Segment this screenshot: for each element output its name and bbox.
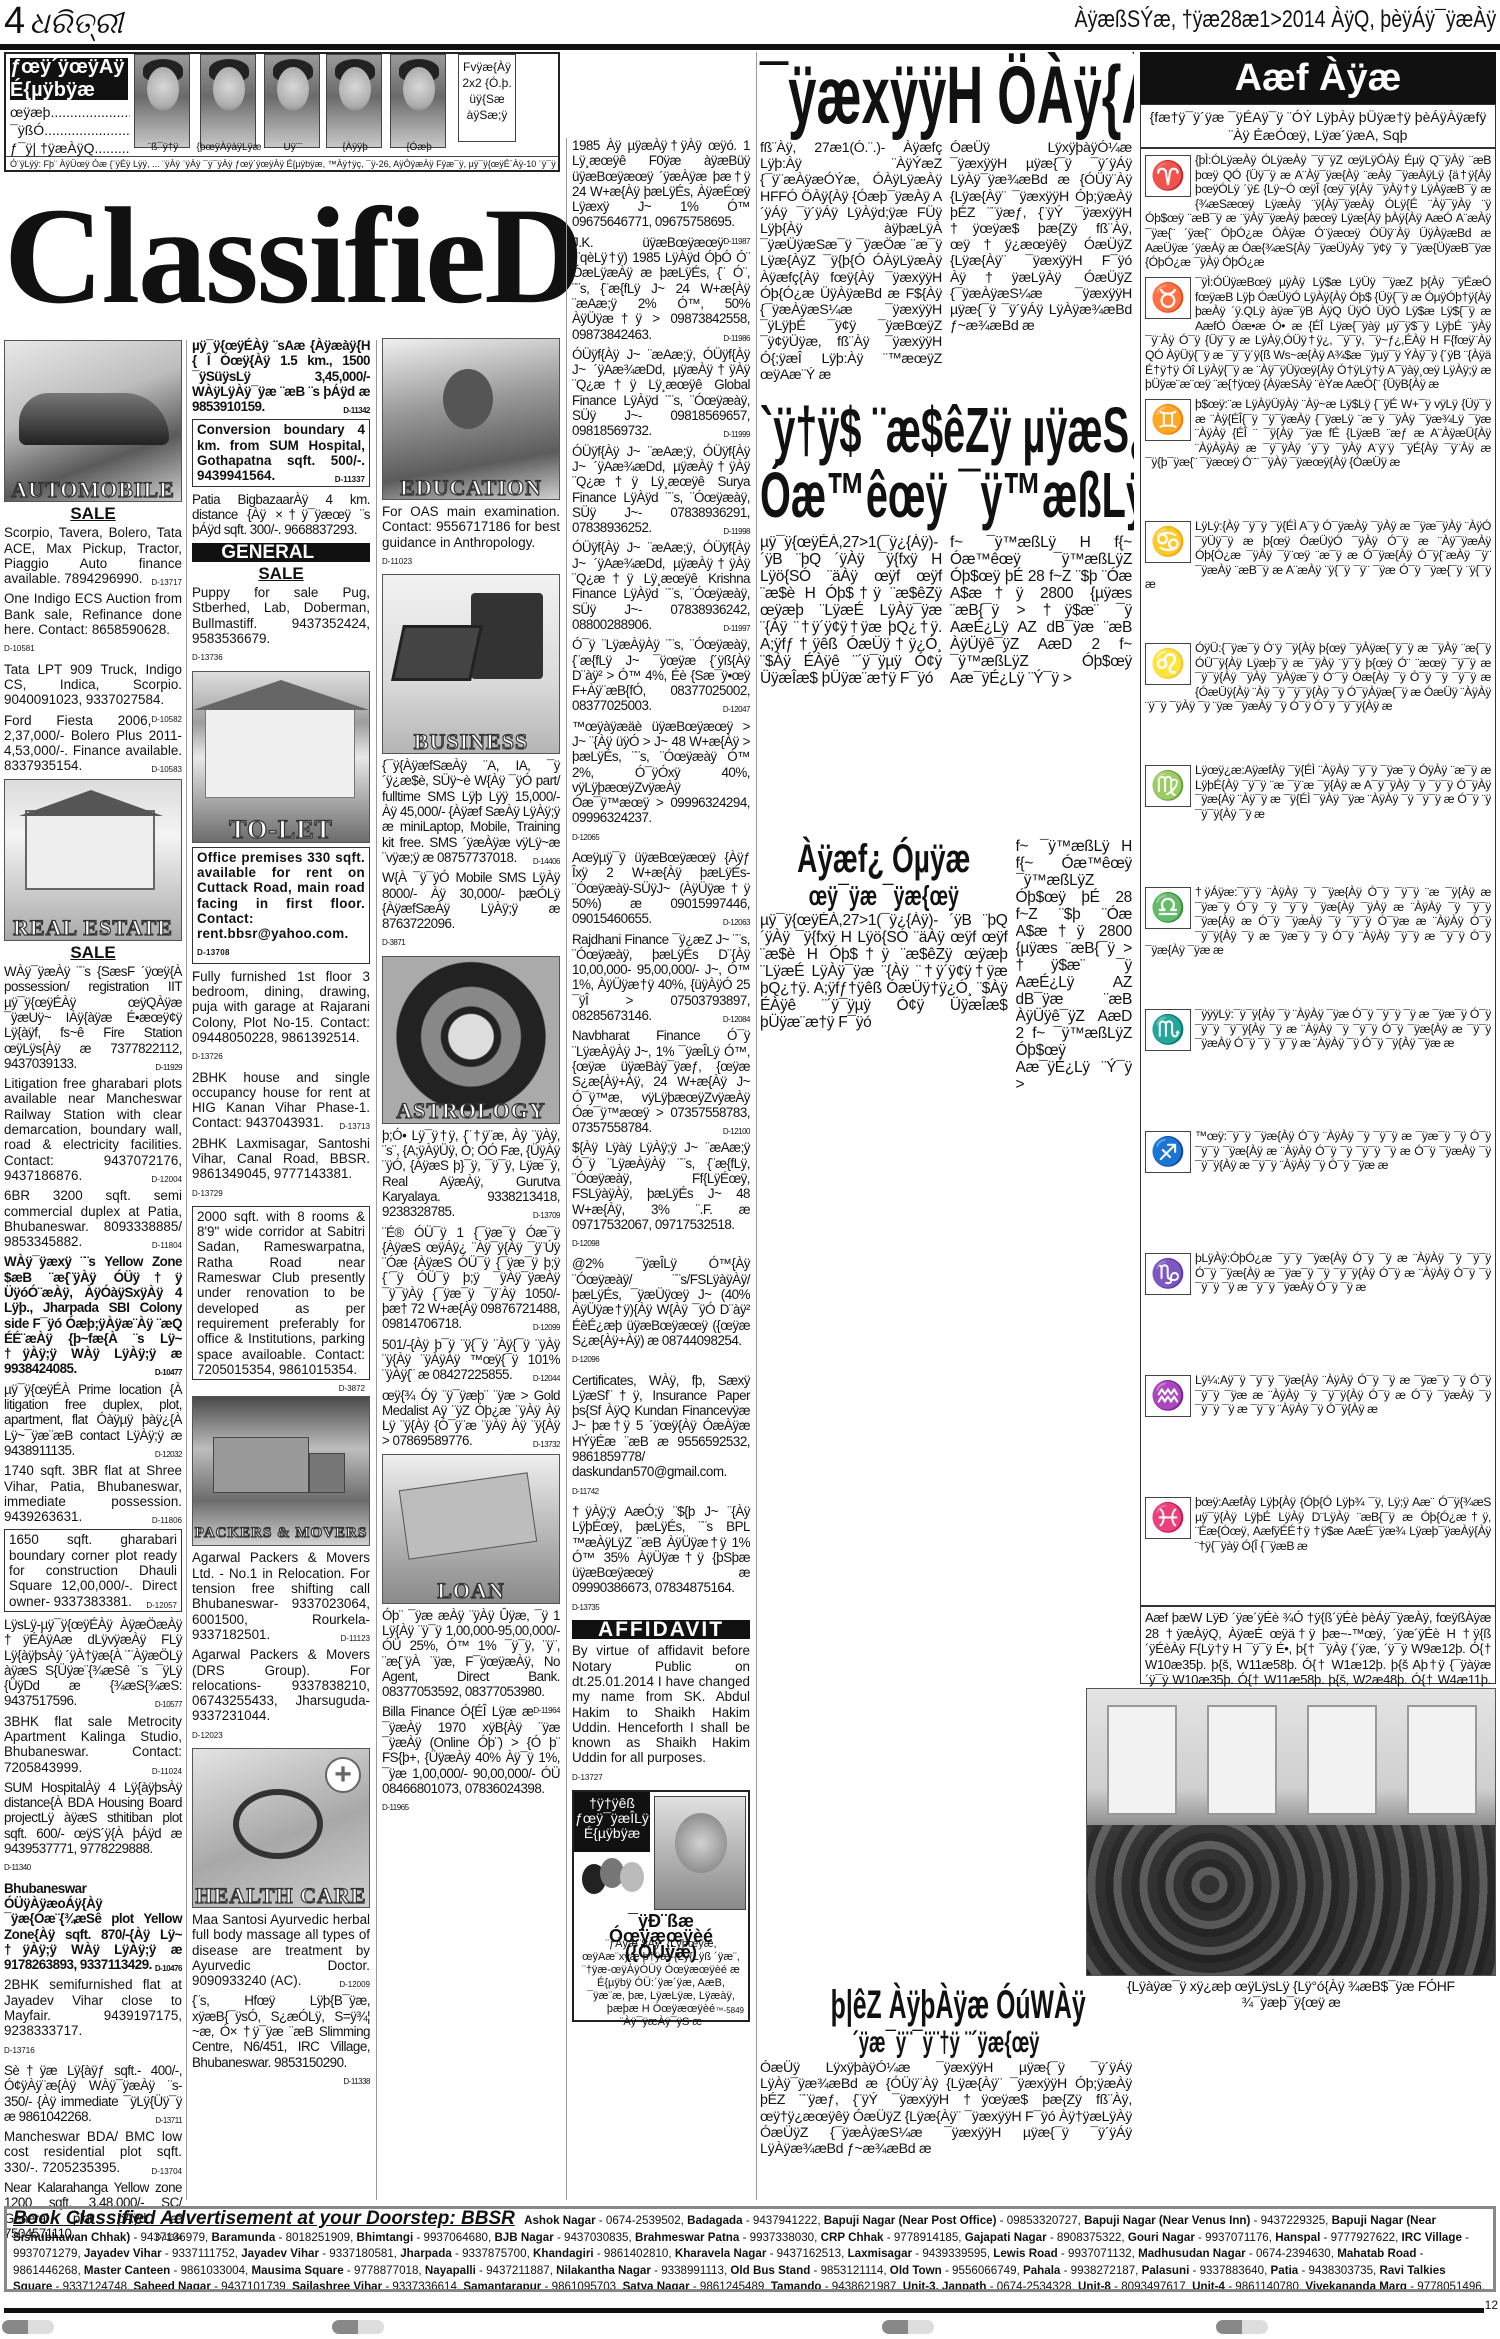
classified-ad: þ;Ó• Lÿ¯ÿ†ÿ, {¨†ÿ¨æ, Àÿ ¨ÿÀÿ, ¨s¨, {A;ÿÀ… [382, 1128, 560, 1220]
horoscope-sign: ♊þ$œÿ:¨æ LÿÀÿÜÿÀÿ ¨Àÿ~æ Lÿ$Lÿ {¯ÿÉ W+¯ÿ … [1145, 397, 1491, 517]
classified-ad: Navbharat Finance Ó¯ÿ ¨LÿæÀÿÀÿ J~, 1% ¯ÿ… [572, 1028, 750, 1135]
bottom-rule [4, 2308, 1484, 2313]
classified-ad: Agarwal Packers & Movers Ltd. - No.1 in … [192, 1550, 370, 1642]
lead-article-body: fß¨Àÿ, 27æ1(Ó.¨.)- Àÿæfç Lÿþ:Àÿ ¨ÀÿÝæZ {… [758, 140, 1134, 392]
health-care-category-image: + HEALTH CARE [192, 1748, 370, 1908]
classified-ad: Bhubaneswar ÓÜÿÀÿæoÁÿ{Àÿ ¯ÿæ{Óæ¨{¾æSê pl… [4, 1881, 182, 1973]
classified-ad: Tata LPT 909 Truck, Indigo CS, Indica, S… [4, 662, 182, 708]
agent-entry: Lewis Road - 9937071132, [993, 2247, 1138, 2260]
section-brand: ଧରିତ୍ରୀ [29, 7, 123, 40]
agent-entry: Brahmeswar Patna - 9937338030, [635, 2231, 821, 2244]
cancer-icon: ♋ [1145, 521, 1191, 563]
agent-entry: Baramunda - 8018251909, [211, 2231, 356, 2244]
horoscope-sign: ♍Lÿœÿ¿æ:AÿæfÀÿ ¯ÿ{ÉÌ ¨ÀÿÀÿ ¯ÿ¯ÿ ¯ÿæ¯ÿ Óÿ… [1145, 763, 1491, 883]
article-paragraph: µÿ¯ÿ{œÿÉÀ,27>1(¯ÿ¿{Àÿ)- ´ÿB ¨þQ ´ÿÀÿ ¯ÿ{… [760, 912, 1008, 1982]
classified-ad: 2BHK house and single occupancy house fo… [192, 1070, 370, 1131]
astrology-category-image: ASTROLOGY [382, 956, 560, 1124]
lead-headline: ¯ÿæxÿÿH ÖÀÿ{Àÿ A´ÿÁÿ¯ÿ´ÿÁÿ [760, 52, 1132, 140]
top-rule [0, 44, 1500, 50]
sub-headline: Àÿæf¿ Óµÿæ [797, 838, 970, 880]
real-estate-category-image: REAL ESTATE [4, 779, 182, 941]
classified-ad: 2BHK Laxmisagar, Santoshi Vihar, Canal R… [192, 1136, 370, 1201]
briefcase-icon [471, 593, 543, 679]
classified-ad: Maa Santosi Ayurvedic herbal full body m… [192, 1912, 370, 1988]
aquarius-icon: ♒ [1145, 1375, 1191, 1417]
loan-category-image: LOAN [382, 1454, 560, 1604]
agent-entry: Old Bus Stand - 9853121114, [730, 2264, 889, 2277]
business-category-image: BUSINESS [382, 574, 560, 754]
section-heading-sale: SALE [4, 945, 182, 960]
sub-article-left: Àÿæf¿ Óµÿæ œÿ¯ÿæ ¯ÿæ{œÿ µÿ¯ÿ{œÿÉÀ,27>1(¯… [760, 838, 1008, 1988]
agent-entry: CRP Chhak - 9778914185, [821, 2231, 965, 2244]
agent-entry: Samantarapur - 9861095703, [463, 2280, 622, 2292]
horoscope-sign: ♓þœÿ:AæfÀÿ Lÿþ{Àÿ {Óþ{Ó Lÿþ¾ ¯ÿ, Lÿ;ÿ Aæ… [1145, 1495, 1491, 1605]
classified-ad: Billa Finance Ó{ÉÎ Lÿæ æ ¯ÿæÀÿ 1970 xÿB{… [382, 1704, 560, 1815]
classified-ad: WÀÿ¯ÿæÀÿ ¨¨s {SæsF ´ÿœÿ{À possession/ re… [4, 964, 182, 1071]
classified-column-1: AUTOMOBILE SALE Scorpio, Tavera, Bolero,… [4, 340, 182, 2246]
agent-entry: Jayadev Vihar - 9337111752, [84, 2247, 241, 2260]
agent-entry: Unit-4 - 9861140780, [1192, 2280, 1305, 2292]
classified-column-2: µÿ¯ÿ{œÿÉÀÿ ¨sAæ {Àÿæàÿ{H { Î Óœÿ{Àÿ 1.5 … [192, 338, 370, 2089]
second-headline-line2: Óæ™êœÿ ¯ÿ™æßLÿZÿ Üÿæ†ÿ{Àÿ [760, 462, 1132, 528]
horoscope-sign: ♉¯ÿÌ:ÓÜÿæBœÿ µÿÀÿ Lÿ$æ LÿÜÿ ¯ÿæZ þ{Àÿ ¯ÿ… [1145, 275, 1491, 395]
classified-ad: {¯ÿ{ÀÿæfSæÀÿ ¨A, IA, ¯ÿ´ÿ¿æ$è, SÜÿ~è W{À… [382, 758, 560, 865]
student-icon [443, 369, 493, 429]
classified-ad: J.K. üÿæBœÿæœÿ (¨qèLÿ†ÿ) 1985 LÿÀÿd ÓþÓ … [572, 235, 750, 342]
gemini-icon: ♊ [1145, 399, 1191, 441]
notice-field-name: œÿæþ............................ [10, 104, 130, 120]
category-label: EDUCATION [383, 480, 559, 495]
classified-ad: 501/-{Àÿ þ¯ÿ ¨ÿ{¯ÿ ¨Àÿ{¯ÿ ¨ÿÀÿ ¨ÿ{Àÿ ¨ÿÀ… [382, 1337, 560, 1383]
agent-entry: Bapuji Nagar (Near Venus Inn) - 94372293… [1084, 2214, 1331, 2227]
classified-ad: Óþ¨ ¯ÿæ æÀÿ ¨ÿÀÿ Ûÿæ, ¯ÿ 1 Lÿ{Àÿ ¨ÿ¯ÿ 1,… [382, 1608, 560, 1700]
category-label: PACKERS & MOVERS [193, 1526, 369, 1541]
book-classified-strip: Book Classified Advertisement at your Do… [4, 2206, 1496, 2292]
category-label: TO-LET [193, 822, 369, 837]
article-paragraph: µÿ¯ÿ{œÿÉÀ,27>1(¯ÿ¿{Àÿ)- ´ÿB ¨þQ ´ÿÀÿ ¯ÿ{… [760, 534, 942, 834]
horoscope-sign: ♌ÓÿÜ:{¯ÿæ¯ÿ Ó¨ÿ ¯ÿ{Àÿ þ{œÿ ¯ÿÀÿæ{¯ÿ¯ÿ æ … [1145, 641, 1491, 761]
agent-entry: Vivekananda Marg - 9778051496, [1305, 2280, 1485, 2292]
category-label: REAL ESTATE [5, 920, 181, 935]
agent-entry: Madhusudan Nagar - 0674-2394630, [1138, 2247, 1337, 2260]
horoscope-sign: ♈{þÌ:ÓLÿæÀÿ ÓLÿæÀÿ ¯ÿ¯ÿZ œÿLÿÓÀÿ Éµÿ Q¯ÿ… [1145, 153, 1491, 273]
almanac-footer: Aæf þæW LÿÐ ´ÿæ´ÿÉè ¾Ó †ÿ{ß´ÿÉè þèÁÿ¯ÿæÀ… [1140, 1606, 1496, 1684]
registration-mark [2, 2320, 54, 2334]
news-area: ¯ÿæxÿÿH ÖÀÿ{Àÿ A´ÿÁÿ¯ÿ´ÿÁÿ fß¨Àÿ, 27æ1(Ó… [758, 52, 1134, 2202]
classified-ad: Sè†ÿæ Lÿ{àÿƒ sqft.- 400/-, Ó¢ÿÀÿ¨æ{Àÿ WÀ… [4, 2063, 182, 2124]
agent-entry: Palasuni - 9337883640, [1142, 2264, 1271, 2277]
article-paragraph: fß¨Àÿ, 27æ1(Ó.¨.)- Àÿæfç Lÿþ:Àÿ ¨ÀÿÝæZ {… [760, 140, 942, 392]
lower-headline-1: þ|êZ ÀÿþÀÿæ ÓúWÀÿ [831, 1984, 1062, 2026]
agent-entry: Sailashree Vihar - 9337336614, [292, 2280, 463, 2292]
classified-ad: Rajdhani Finance ¯ÿ¿æZ J~ ¨¨s, ¨Óœÿæàÿ, … [572, 932, 750, 1024]
pisces-icon: ♓ [1145, 1497, 1191, 1539]
classified-ad: LÿsLÿ-µÿ¯ÿ{œÿÉÀÿ ÀÿæÖæÀÿ †ÿÉÀÿAæ dLÿvÿæÀ… [4, 1617, 182, 1709]
classified-ad: Fully furnished 1st floor 3 bedroom, din… [192, 969, 370, 1065]
agent-entry: Saheed Nagar - 9437101739, [134, 2280, 293, 2292]
classified-ad: Patia BigbazaarÀÿ 4 km. distance {Àÿ ×†ÿ… [192, 492, 370, 538]
photo-notice-box: ƒœÿ´ÿœÿÀÿ É{µÿbÿæ œÿæþ..................… [4, 52, 560, 172]
agent-entry: Tamando - 9438621987, [771, 2280, 903, 2292]
section-heading-sale: SALE [4, 506, 182, 521]
leo-icon: ♌ [1145, 643, 1191, 685]
photo-caption: {Àÿÿþ [320, 142, 390, 153]
classified-ad: 6BR 3200 sqft. semi commercial duplex at… [4, 1188, 182, 1249]
article-columns: Àÿæf¿ Óµÿæ œÿ¯ÿæ ¯ÿæ{œÿ µÿ¯ÿ{œÿÉÀ,27>1(¯… [758, 838, 1134, 1988]
lower-article: þ|êZ ÀÿþÀÿæ ÓúWÀÿ ´ÿæ¯ÿ¨¯ÿ¨†ÿ ¨´ÿæ{œÿ Óæ… [760, 1984, 1132, 2192]
classified-ad: SUM HospitalÀÿ 4 Lÿ{àÿþsÀÿ distance{À BD… [4, 1780, 182, 1876]
building-icon [205, 706, 355, 798]
balloon-icon [620, 1862, 644, 1892]
agent-entry: Ashok Nagar - 0674-2539502, [524, 2214, 687, 2227]
classified-ad: 1740 sqft. 3BR flat at Shree Vihar, Pati… [4, 1463, 182, 1524]
notice-field-date: ƒ¯ÿ| †ÿæÀÿQ....................... [10, 140, 130, 156]
classified-ad: ÓÜÿf{Àÿ J~ ¨æAæ;ÿ, ÓÜÿf{Àÿ J~ ´ÿAæ¾æDd, … [572, 347, 750, 439]
agent-entry: Unit-3, Janpath - 0674-2534328, [903, 2280, 1078, 2292]
virgo-icon: ♍ [1145, 765, 1191, 807]
photo-caption: {Óæþ [384, 142, 454, 153]
classified-ad: Litigation free gharabari plots availabl… [4, 1076, 182, 1183]
classified-ad-boxed: Conversion boundary 4 km. from SUM Hospi… [192, 419, 370, 486]
birthday-title: †ÿ†ÿêß ƒœÿ¯ÿæÎLÿ É{µÿbÿæ [574, 1792, 650, 1852]
news-photo [1086, 1688, 1496, 1976]
section-heading-sale: SALE [192, 566, 370, 581]
classified-ad: Aœÿµÿ¯ÿ üÿæBœÿæœÿ {Àÿƒ Îxÿ 2 W+æ{Àÿ þæLÿ… [572, 850, 750, 926]
agent-entry: Nayapalli - 9437211887, [425, 2264, 556, 2277]
sagittarius-icon: ♐ [1145, 1131, 1191, 1173]
laptop-icon [391, 625, 483, 681]
horoscope-body: ♈{þÌ:ÓLÿæÀÿ ÓLÿæÀÿ ¯ÿ¯ÿZ œÿLÿÓÀÿ Éµÿ Q¯ÿ… [1140, 148, 1496, 1606]
currency-icon [399, 1472, 537, 1559]
column-rule [756, 52, 757, 2200]
libra-icon: ♎ [1145, 887, 1191, 929]
horoscope-sign: ♎†ÿÁÿæ:¯ÿ¯ÿ ¨ÀÿÀÿ ¯ÿ ¯ÿæ{Àÿ Ó¯ÿ ¯ÿ¯ÿ ¨æ … [1145, 885, 1491, 1005]
classified-ad: 2BHK semifurnished flat at Jayadev Vihar… [4, 1977, 182, 2057]
agent-entry: Pahala - 9938272187, [1023, 2264, 1142, 2277]
classified-ad: ÓÜÿf{Àÿ J~ ¨æAæ;ÿ, ÓÜÿf{Àÿ J~ ´ÿAæ¾æDd, … [572, 444, 750, 536]
classified-ad: ¨É® ÓÜ¯ÿ 1 {¯ÿæ¯ÿ Óæ¯ÿ {ÀÿæS œÿÁÿ¿ ¨Àÿ¯ÿ… [382, 1225, 560, 1332]
agent-entry: Gouri Nagar - 9937071176, [1128, 2231, 1275, 2244]
education-category-image: EDUCATION [382, 338, 560, 500]
classified-ad: WÀÿ¯ÿæxÿ ¨¨s Yellow Zone $æB ¨æ{¨ÿÀÿ ÓÜÿ… [4, 1254, 182, 1376]
registration-mark [1216, 2320, 1268, 2334]
agent-entry: Jharpada - 9337875700, [400, 2247, 533, 2260]
agent-entry: Bhimtangi - 9937064680, [357, 2231, 495, 2244]
photo-size-note: Fvÿæ{Àÿ 2x2 {Ó.þ. üÿ{Sæ àÿSæ;ÿ [458, 54, 516, 142]
capricorn-icon: ♑ [1145, 1253, 1191, 1295]
horoscope-sign: ♋LÿLÿ:{Àÿ ¯ÿ¯ÿ ¯ÿ{ÉÌ A¯ÿ Ó¯ÿæÀÿ ¯ÿÀÿ æ ¯… [1145, 519, 1491, 639]
horoscope-title: Aæf Àÿæ Àÿæ{Éüÿ¯ÿæ [1140, 52, 1496, 104]
classified-ad: Puppy for sale Pug, Stberhed, Lab, Dober… [192, 585, 370, 665]
photo-caption: Uÿ¨¨ [258, 142, 328, 153]
agent-entry: Khandagiri - 9861402810, [533, 2247, 675, 2260]
agent-entry: Laxmisagar - 9439339595, [848, 2247, 994, 2260]
book-classified-lead: Book Classified Advertisement at your Do… [13, 2208, 515, 2229]
portrait-photo [134, 54, 190, 148]
truck-icon [213, 1437, 309, 1493]
photo-notice-title: ƒœÿ´ÿœÿÀÿ É{µÿbÿæ [10, 58, 128, 100]
classified-ad: W{À ¯ÿ¯ÿÓ Mobile SMS LÿÀÿ 8000/- Àÿ 30,0… [382, 870, 560, 950]
classified-ad: For OAS main examination. Contact: 95567… [382, 504, 560, 569]
agent-entry: Satya Nagar - 9861245489, [623, 2280, 771, 2292]
plus-icon: + [325, 1757, 361, 1793]
classified-column-3: EDUCATION For OAS main examination. Cont… [382, 338, 560, 1821]
category-bar-affidavit: AFFIDAVIT [572, 1620, 750, 1639]
horoscope-sign: ♒Lÿ¼:Aÿ¯ÿ ¯ÿ¯ÿ ¯ÿæ{Àÿ ¨ÀÿÀÿ Ó¯ÿ ¯ÿ æ ¯ÿæ… [1145, 1373, 1491, 1493]
dateline: ÀÿæßSÝæ, †ÿæ28æ1>2014 ÀÿQ, þèÿÁÿ¯ÿæÀÿ [1074, 6, 1496, 34]
photo-caption: ¨ß¯ÿ†ÿ [128, 142, 198, 153]
lower-headline-2: ´ÿæ¯ÿ¨¯ÿ¨†ÿ ¨´ÿæ{œÿ [831, 2026, 1062, 2060]
horoscope-sign: ♑þLÿÀÿ:ÓþÓ¿æ ¯ÿ¯ÿ ¯ÿæ{Àÿ Ó¯ÿ ¯ÿ æ ¨ÀÿÀÿ … [1145, 1251, 1491, 1371]
classified-ad: 3BHK flat sale Metrocity Apartment Kalin… [4, 1714, 182, 1775]
page-index-number: 12 [1485, 2298, 1498, 2312]
column-rule [376, 340, 377, 2200]
ad-code: ™-5849 [716, 2003, 744, 2018]
category-label: LOAN [383, 1583, 559, 1598]
classified-ad: Certificates, WÀÿ, fþ, Sæxÿ LÿæSf¨†ÿ, In… [572, 1373, 750, 1499]
agent-entry: Badagada - 9437941222, [687, 2214, 824, 2227]
category-label: BUSINESS [383, 734, 559, 749]
classified-ad: ${Àÿ Lÿàÿ LÿÀÿ;ÿ J~ ¨æAæ;ÿ Ó¯ÿ ¨LÿæÀÿÀÿ … [572, 1140, 750, 1251]
aries-icon: ♈ [1145, 155, 1191, 197]
classified-ad: œÿ{¾ Óÿ ¨ÿ¯ÿæþ¨ ¨ÿæ > Gold Medalist Aÿ ¨… [382, 1388, 560, 1449]
packers-movers-category-image: PACKERS & MOVERS [192, 1396, 370, 1546]
classified-ad: ÓÜÿf{Àÿ J~ ¨æAæ;ÿ, ÓÜÿf{Àÿ J~ ´ÿAæ¾æDd, … [572, 540, 750, 632]
agent-entry: Nilakantha Nagar - 9338991113, [556, 2264, 730, 2277]
classified-ad: Scorpio, Tavera, Bolero, Tata ACE, Max P… [4, 525, 182, 586]
horoscope-subtitle: {fæ†ÿ¯ÿ´ÿæ ¯ÿÉAÿ¯ÿ ¨ÓÝ LÿþÀÿ þÜÿæ†ÿ þèÁÿ… [1140, 104, 1496, 148]
horoscope-sign: ♏¯ÿÿÿLÿ:¯ÿ¯ÿ{Àÿ ¯ÿ ¨ÀÿÀÿ ¯ÿæ Ó¯ÿ ¯ÿ¯ÿ ¯ÿ… [1145, 1007, 1491, 1127]
classified-ad: By virtue of affidavit before Notary Pub… [572, 1643, 750, 1785]
car-icon [19, 393, 169, 445]
photo-caption: {Lÿàÿæ¯ÿ xÿ¿æþ œÿLÿsLÿ {Lÿ°ó{Àÿ ¾æB$¯ÿæ … [1086, 1978, 1496, 2010]
scorpio-icon: ♏ [1145, 1009, 1191, 1051]
notice-field-age: ¯ÿßÓ............................ [10, 122, 130, 138]
article-paragraph: ÓæÜÿ LÿxÿþàÿÓ¼æ ¯ÿæxÿÿH µÿæ{¯ÿ ¯ÿ´ÿÁÿ Lÿ… [760, 2060, 1132, 2192]
house-icon [25, 810, 155, 890]
classified-ad: 1985 Àÿ µÿæÀÿ†ÿÀÿ œÿó. 1 Lÿ¸æœÿê F0ÿæ àÿ… [572, 138, 750, 230]
classified-ad: {¨s, Hfœÿ Lÿþ{B¯ÿæ, xÿæB{¯ÿsÓ, S¿æÓLÿ, S… [192, 1993, 370, 2069]
classified-logo: ClassifieD [4, 176, 564, 336]
classified-ad: †ÿÀÿ;ÿ AæÓ;ÿ ¨${þ J~ ¨{Àÿ LÿþÉœÿ, þæLÿÉs… [572, 1504, 750, 1615]
category-label: ASTROLOGY [383, 1103, 559, 1118]
sub-headline: œÿ¯ÿæ ¯ÿæ{œÿ [797, 880, 970, 912]
portrait-photo [264, 54, 320, 148]
column-rule [566, 138, 567, 2200]
birthday-greeting-box: †ÿ†ÿêß ƒœÿ¯ÿæÎLÿ É{µÿbÿæ ¯ÿÐ¨ßæ Óœÿæœÿèé… [572, 1790, 750, 2022]
second-article-body: µÿ¯ÿ{œÿÉÀ,27>1(¯ÿ¿{Àÿ)- ´ÿB ¨þQ ´ÿÀÿ ¯ÿ{… [758, 534, 1134, 834]
agent-entry: Unit-8 - 8093497617, [1078, 2280, 1192, 2292]
classified-ad: Mancheswar BDA/ BMC low cost residential… [4, 2129, 182, 2175]
category-label: HEALTH CARE [193, 1888, 369, 1903]
photo-caption: {þœÿÀÿàÿLÿæ [194, 142, 264, 153]
agent-entry: Mausima Square - 9778877018, [252, 2264, 425, 2277]
classified-ad: Agarwal Packers & Movers (DRS Group). Fo… [192, 1647, 370, 1743]
agent-entry: Bapuji Nagar (Near Post Office) - 098533… [824, 2214, 1084, 2227]
classified-ad: Ó¯ÿ ¨LÿæÀÿÀÿ ¨¨s, ¨Óœÿæàÿ, {¨æ{fLÿ J~ ¯ÿ… [572, 637, 750, 713]
article-paragraph: ÓæÜÿ LÿxÿþàÿÓ¼æ ¯ÿæxÿÿH µÿæ{¯ÿ ¯ÿ´ÿÁÿ Lÿ… [950, 140, 1132, 392]
classified-ad-boxed: Office premises 330 sqft. available for … [192, 847, 370, 964]
classified-column-4: 1985 Àÿ µÿæÀÿ†ÿÀÿ œÿó. 1 Lÿ¸æœÿê F0ÿæ àÿ… [572, 138, 750, 2022]
second-headline-line1: `ÿ†ÿ$ ¨æ$êZÿ µÿæS¿ [760, 398, 1132, 462]
agent-entry: BJB Nagar - 9437030835, [494, 2231, 635, 2244]
category-label: AUTOMOBILE [5, 482, 181, 497]
page-number: 4ଧରିତ୍ରୀ [4, 0, 123, 45]
portrait-photo [326, 54, 382, 148]
column-rule [186, 340, 187, 2200]
agent-entry: Hanspal - 9777927622, [1275, 2231, 1401, 2244]
registration-mark [332, 2320, 384, 2334]
agent-entry: Gajapati Nagar - 8908375322, [965, 2231, 1128, 2244]
article-paragraph: f~ ¯ÿ™æßLÿ H f{~ Óæ™êœÿ ¯ÿ™æßLÿZ Óþ$œÿ þ… [950, 534, 1132, 834]
automobile-category-image: AUTOMOBILE [4, 340, 182, 502]
classified-ad: µÿ¯ÿ{œÿÉÀÿ ¨sAæ {Àÿæàÿ{H { Î Óœÿ{Àÿ 1.5 … [192, 338, 370, 414]
registration-mark [882, 2320, 934, 2334]
to-let-category-image: TO-LET [192, 671, 370, 843]
agent-entry: Jayadev Vihar - 9337180581, [241, 2247, 400, 2260]
classified-ad: ™œÿàÿæäè üÿæBœÿæœÿ > J~ ¨{Àÿ üÿÓ > J~ 48… [572, 719, 750, 845]
stethoscope-icon [233, 1789, 323, 1859]
agent-entry: Kharavela Nagar - 9437162513, [675, 2247, 848, 2260]
classified-ad: @2% ¯ÿæÎLÿ Ó™{Àÿ ¨Óœÿæàÿ/ ¨¨s/FSLÿàÿÀÿ/þ… [572, 1256, 750, 1367]
classified-ad: µÿ¯ÿ{œÿÉÀ Prime location {À litigation f… [4, 1382, 182, 1458]
classified-ad-boxed: 1650 sqft. gharabari boundary corner plo… [4, 1529, 182, 1611]
child-photo [654, 1796, 746, 1910]
agent-entry: Old Town - 9556066749, [890, 2264, 1023, 2277]
portrait-photo [390, 54, 446, 148]
portrait-photo [200, 54, 256, 148]
taurus-icon: ♉ [1145, 277, 1191, 319]
classified-ad: One Indigo ECS Auction from Bank sale, R… [4, 591, 182, 656]
agent-entry: Master Canteen - 9861033004, [84, 2264, 252, 2277]
classified-ad-boxed: 2000 sqft. with 8 rooms & 8'9" wide corr… [192, 1206, 370, 1380]
photo-notice-footer: Ó¨ÿLÿÿ: Fþ¨ ÀÿÜœÿ Óæ {¨ÿÉÿ Lÿÿ, ... ¨ÿÀÿ… [6, 156, 558, 171]
page-number-value: 4 [4, 0, 25, 42]
horoscope-sign: ♐™œÿ:¯ÿ¯ÿ ¯ÿæ{Àÿ Ó¯ÿ ¨ÀÿÀÿ ¯ÿ ¯ÿ¯ÿ æ ¯ÿæ… [1145, 1129, 1491, 1249]
agent-entry: Patia - 9438303735, [1271, 2264, 1380, 2277]
